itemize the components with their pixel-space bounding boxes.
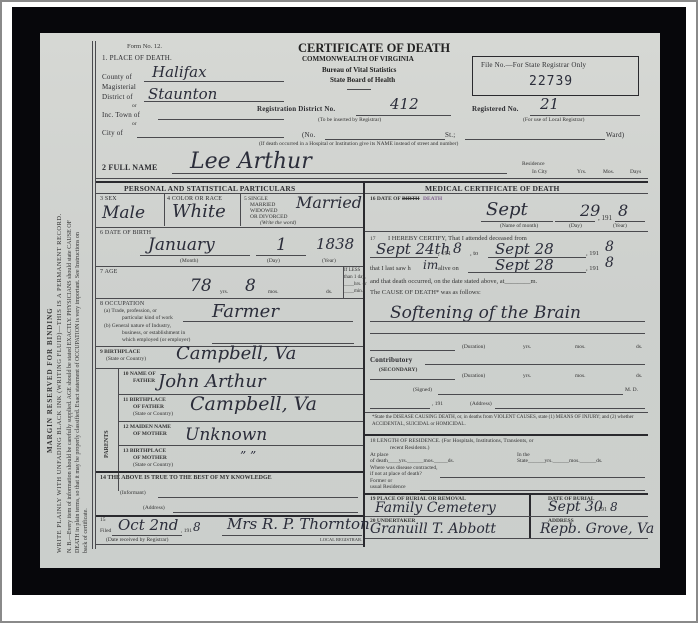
burial-place-value: Family Cemetery: [375, 500, 496, 516]
cause-line-2: [370, 333, 645, 334]
marital-label-5: (Write the word): [260, 220, 296, 226]
row-rule: [118, 421, 363, 422]
hospital-note: (If death occurred in a Hospital or Inst…: [259, 141, 458, 147]
duration-mos: mos.: [575, 344, 586, 350]
age-mos-label: mos.: [268, 289, 279, 295]
filed-number: 15: [100, 517, 106, 523]
last-saw-line: [468, 272, 586, 273]
age-months: 8: [245, 276, 256, 296]
certify-line-3: and that death occurred, on the date sta…: [370, 278, 537, 285]
duration-label-2: (Duration): [462, 373, 485, 379]
contributory-line: [425, 364, 645, 365]
cell-divider: [240, 193, 241, 226]
attended-to-year: , 191: [586, 250, 599, 257]
certify-number: 17: [370, 236, 376, 242]
section-rule: [96, 181, 648, 183]
street-label: St.;: [445, 131, 455, 139]
registered-no-line: [530, 115, 640, 116]
father-birthplace-label-2: OF FATHER: [133, 404, 164, 410]
filed-label: Filed: [100, 528, 111, 534]
duration-label: (Duration): [462, 344, 485, 350]
date-of-death-struck: BIRTH: [402, 196, 420, 202]
attended-from-year: , 191: [438, 250, 451, 257]
mother-birthplace-label-2: OF MOTHER: [133, 455, 167, 461]
margin-rule: [92, 41, 93, 549]
attended-to-year-value: 8: [605, 239, 614, 255]
last-saw-label: that I last saw h: [370, 265, 411, 272]
row-rule: [118, 445, 363, 446]
contributory-label: Contributory: [370, 356, 412, 364]
attended-from-year-value: 8: [453, 241, 462, 257]
sex-value: Male: [102, 203, 145, 223]
full-name-label: 2 FULL NAME: [102, 163, 158, 172]
mother-birthplace-label-1: 13 BIRTHPLACE: [123, 448, 166, 454]
form-number: Form No. 12.: [127, 43, 162, 50]
filed-date-value: Oct 2nd: [118, 516, 178, 534]
burial-row-rule: [365, 516, 648, 517]
row-rule: [365, 493, 648, 495]
death-month-caption: (Name of month): [500, 223, 538, 229]
city-label: City of: [102, 129, 123, 137]
age-label: 7 AGE: [100, 269, 118, 275]
county-value: Halifax: [152, 63, 207, 81]
age-years: 78: [190, 276, 212, 296]
dob-day-caption: (Day): [267, 258, 280, 264]
town-label: Inc. Town of: [102, 111, 140, 119]
dob-month-caption: (Month): [180, 258, 198, 264]
death-day-caption: (Day): [569, 223, 582, 229]
or-label: or: [132, 121, 137, 127]
occupation-a-1: (a) Trade, profession, or: [104, 308, 157, 314]
title-rule: [347, 89, 371, 90]
duration-yrs-2: yrs.: [523, 373, 531, 379]
filed-year-value: 8: [193, 520, 201, 534]
death-certificate: MARGIN RESERVED FOR BINDING WRITE PLAINL…: [40, 33, 660, 568]
local-registrar-signature: Mrs R. P. Thornton: [227, 515, 370, 533]
street-no-label: (No.: [302, 131, 315, 139]
cause-line: [370, 321, 645, 322]
margin-ink-note: WRITE PLAINLY WITH UNFADING BLACK INK (W…: [56, 213, 63, 553]
of-death-label: of death____yrs.______mos._____ds.: [370, 458, 454, 464]
age-less-1: If LESS: [344, 268, 360, 273]
board-title: State Board of Health: [330, 76, 395, 84]
street-line: [325, 139, 445, 140]
dob-month-line: [140, 255, 250, 256]
color-value: White: [172, 201, 226, 222]
informant-heading: 14 THE ABOVE IS TRUE TO THE BEST OF MY K…: [100, 475, 272, 481]
age-less-4: ____min.?: [344, 289, 365, 294]
county-line: [144, 81, 284, 82]
father-name-label-2: FATHER: [133, 378, 155, 384]
row-rule: [96, 266, 363, 267]
filed-date-note: (Date received by Registrar): [106, 537, 168, 543]
row-rule: [96, 298, 363, 299]
commonwealth-title: COMMONWEALTH OF VIRGINIA: [302, 55, 414, 63]
death-year-line: [615, 221, 645, 222]
district-label: District of: [102, 93, 133, 101]
row-rule: [365, 231, 648, 232]
registration-district-line: [356, 115, 451, 116]
margin-nb-note-3: back of certificate.: [83, 508, 89, 553]
informant-address-line: [173, 512, 358, 513]
informant-address-label: (Address): [143, 505, 165, 511]
signed-year-label: , 191: [432, 401, 443, 407]
file-number-label: File No.—For State Registrar Only: [481, 61, 586, 69]
death-month-line: [481, 221, 553, 222]
age-less-3: ____hrs. or: [344, 282, 367, 287]
cause-footnote: *State the DISEASE CAUSING DEATH, or, in…: [372, 415, 640, 428]
residence-length-2: recent Residents.): [390, 445, 429, 451]
death-year-caption: (Year): [613, 223, 627, 229]
marital-value: Married: [296, 193, 362, 212]
father-name-label-1: 10 NAME OF: [123, 371, 156, 377]
district-value: Staunton: [148, 85, 217, 103]
age-less-2: than 1 day,: [344, 275, 366, 280]
occupation-a-value: Farmer: [212, 301, 279, 322]
former-label-2: usual Residence: [370, 484, 406, 490]
occupation-a-2: particular kind of work: [122, 315, 173, 321]
registration-district-value: 412: [390, 95, 419, 113]
dob-year-caption: (Year): [322, 258, 336, 264]
registered-no-label: Registered No.: [472, 105, 519, 113]
row-rule: [365, 434, 648, 436]
death-day-line: [555, 221, 595, 222]
contracted-label-2: if not at place of death?: [370, 471, 422, 477]
signed-address-line: [495, 408, 645, 409]
signed-date-line: [370, 408, 430, 409]
cell-divider: [164, 193, 165, 226]
contracted-line: [440, 477, 645, 478]
residence-mos-label: Mos.: [603, 169, 614, 175]
or-label: or: [132, 103, 137, 109]
last-saw-fill: im: [423, 258, 438, 272]
ward-line: [465, 139, 605, 140]
margin-nb-note: N. B.—Every item of information should b…: [67, 220, 73, 553]
mother-birthplace-value: ” ”: [240, 449, 256, 463]
bureau-title: Bureau of Vital Statistics: [322, 66, 396, 74]
personal-heading: PERSONAL AND STATISTICAL PARTICULARS: [124, 184, 295, 193]
row-rule: [96, 368, 363, 369]
duration-line: [370, 350, 455, 351]
row-rule: [96, 227, 363, 228]
undertaker-address-value: Repb. Grove, Va: [540, 521, 654, 537]
registered-no-note: (For use of Local Registrar): [523, 117, 584, 123]
md-label: M. D.: [625, 387, 638, 393]
duration-line-2: [370, 379, 455, 380]
town-line: [158, 119, 284, 120]
death-year-value: 8: [618, 201, 628, 220]
residence-days-label: Days: [630, 169, 641, 175]
father-birthplace-value: Campbell, Va: [190, 393, 317, 415]
residence-label: Residence: [522, 161, 545, 167]
filed-date-line: [112, 535, 182, 536]
residence-city-label: In City: [532, 169, 547, 175]
duration-mos-2: mos.: [575, 373, 586, 379]
duration-ds-2: ds.: [636, 373, 642, 379]
birthplace-label-2: (State or Country): [106, 356, 146, 362]
section-rule: [96, 178, 648, 179]
informant-label: (Informant): [120, 490, 146, 496]
duration-yrs: yrs.: [523, 344, 531, 350]
dob-month: January: [148, 235, 215, 255]
informant-line: [158, 497, 358, 498]
undertaker-value: Granuill T. Abbott: [370, 521, 496, 537]
age-yrs-label: yrs.: [220, 289, 228, 295]
residence-yrs-label: Yrs.: [577, 169, 586, 175]
mother-maiden-label-1: 12 MAIDEN NAME: [123, 424, 171, 430]
bottom-rule: [365, 538, 648, 539]
attended-to-label: , to: [470, 250, 478, 257]
alive-on-label: alive on: [438, 265, 459, 272]
state-label: State______yrs.______mos.______ds.: [517, 458, 602, 464]
former-line: [420, 490, 645, 491]
signed-label: (Signed): [413, 387, 432, 393]
last-saw-year-value: 8: [605, 255, 614, 271]
filed-year-label: , 191: [181, 528, 192, 534]
certificate-title: CERTIFICATE OF DEATH: [298, 41, 450, 56]
registration-district-note: (To be inserted by Registrar): [318, 117, 381, 123]
sex-label: 3 SEX: [100, 196, 117, 202]
registrar-line: [222, 535, 362, 536]
place-of-death-heading: 1. PLACE OF DEATH.: [102, 54, 172, 62]
full-name-value: Lee Arthur: [190, 149, 312, 174]
cause-of-death-value: Softening of the Brain: [390, 303, 581, 323]
registered-no-value: 21: [540, 95, 559, 113]
father-birthplace-label-1: 11 BIRTHPLACE: [123, 397, 166, 403]
dob-label: 6 DATE OF BIRTH: [100, 230, 151, 236]
row-rule: [365, 193, 648, 194]
date-of-death-label: 16 DATE OF: [370, 196, 401, 202]
residence-length-1: 18 LENGTH OF RESIDENCE. (For Hospitals, …: [370, 438, 533, 444]
birthplace-value: Campbell, Va: [176, 343, 296, 364]
mother-maiden-value: Unknown: [185, 425, 267, 445]
burial-year-prefix: , 191: [595, 507, 607, 513]
row-rule: [96, 471, 363, 473]
magisterial-label: Magisterial: [102, 83, 136, 91]
death-year-prefix: , 191: [598, 214, 612, 222]
margin-binding-note: MARGIN RESERVED FOR BINDING: [46, 307, 54, 453]
margin-nb-note-2: DEATH in plain terms, so that it may be …: [75, 232, 81, 553]
signed-address-label: (Address): [470, 401, 492, 407]
city-line: [137, 137, 284, 138]
last-saw-year: , 191: [586, 265, 599, 272]
occupation-b-2: business, or establishment in: [122, 330, 185, 336]
age-ds-label: ds.: [326, 289, 332, 295]
mother-maiden-label-2: OF MOTHER: [133, 431, 167, 437]
occupation-label: 8 OCCUPATION: [100, 301, 144, 307]
father-name-value: John Arthur: [158, 371, 266, 392]
row-rule: [365, 412, 648, 413]
parents-label: PARENTS: [104, 430, 110, 458]
medical-heading: MEDICAL CERTIFICATE OF DEATH: [425, 184, 560, 193]
file-number-box: File No.—For State Registrar Only 22739: [472, 56, 639, 96]
local-registrar-label: LOCAL REGISTRAR.: [320, 537, 362, 542]
dob-year: 1838: [316, 235, 354, 253]
county-label: County of: [102, 73, 132, 81]
father-birthplace-label-3: (State or Country): [133, 411, 173, 417]
occupation-b-1: (b) General nature of Industry,: [104, 323, 171, 329]
dob-day: 1: [276, 235, 287, 255]
secondary-label: (SECONDARY): [379, 367, 417, 373]
death-month-value: Sept: [486, 199, 528, 220]
file-number-value: 22739: [529, 74, 573, 89]
burial-year-value: 8: [610, 500, 618, 514]
dob-day-line: [256, 255, 306, 256]
bottom-rule: [96, 544, 363, 545]
ward-label: Ward): [606, 131, 624, 139]
date-of-death-stamp: DEATH: [423, 196, 442, 202]
birthplace-label-1: 9 BIRTHPLACE: [100, 349, 140, 355]
registration-district-label: Registration District No.: [257, 105, 335, 113]
signed-line: [438, 394, 623, 395]
duration-ds: ds.: [636, 344, 642, 350]
cause-label: The CAUSE OF DEATH* was as follows:: [370, 289, 481, 296]
mother-birthplace-label-3: (State or Country): [133, 462, 173, 468]
